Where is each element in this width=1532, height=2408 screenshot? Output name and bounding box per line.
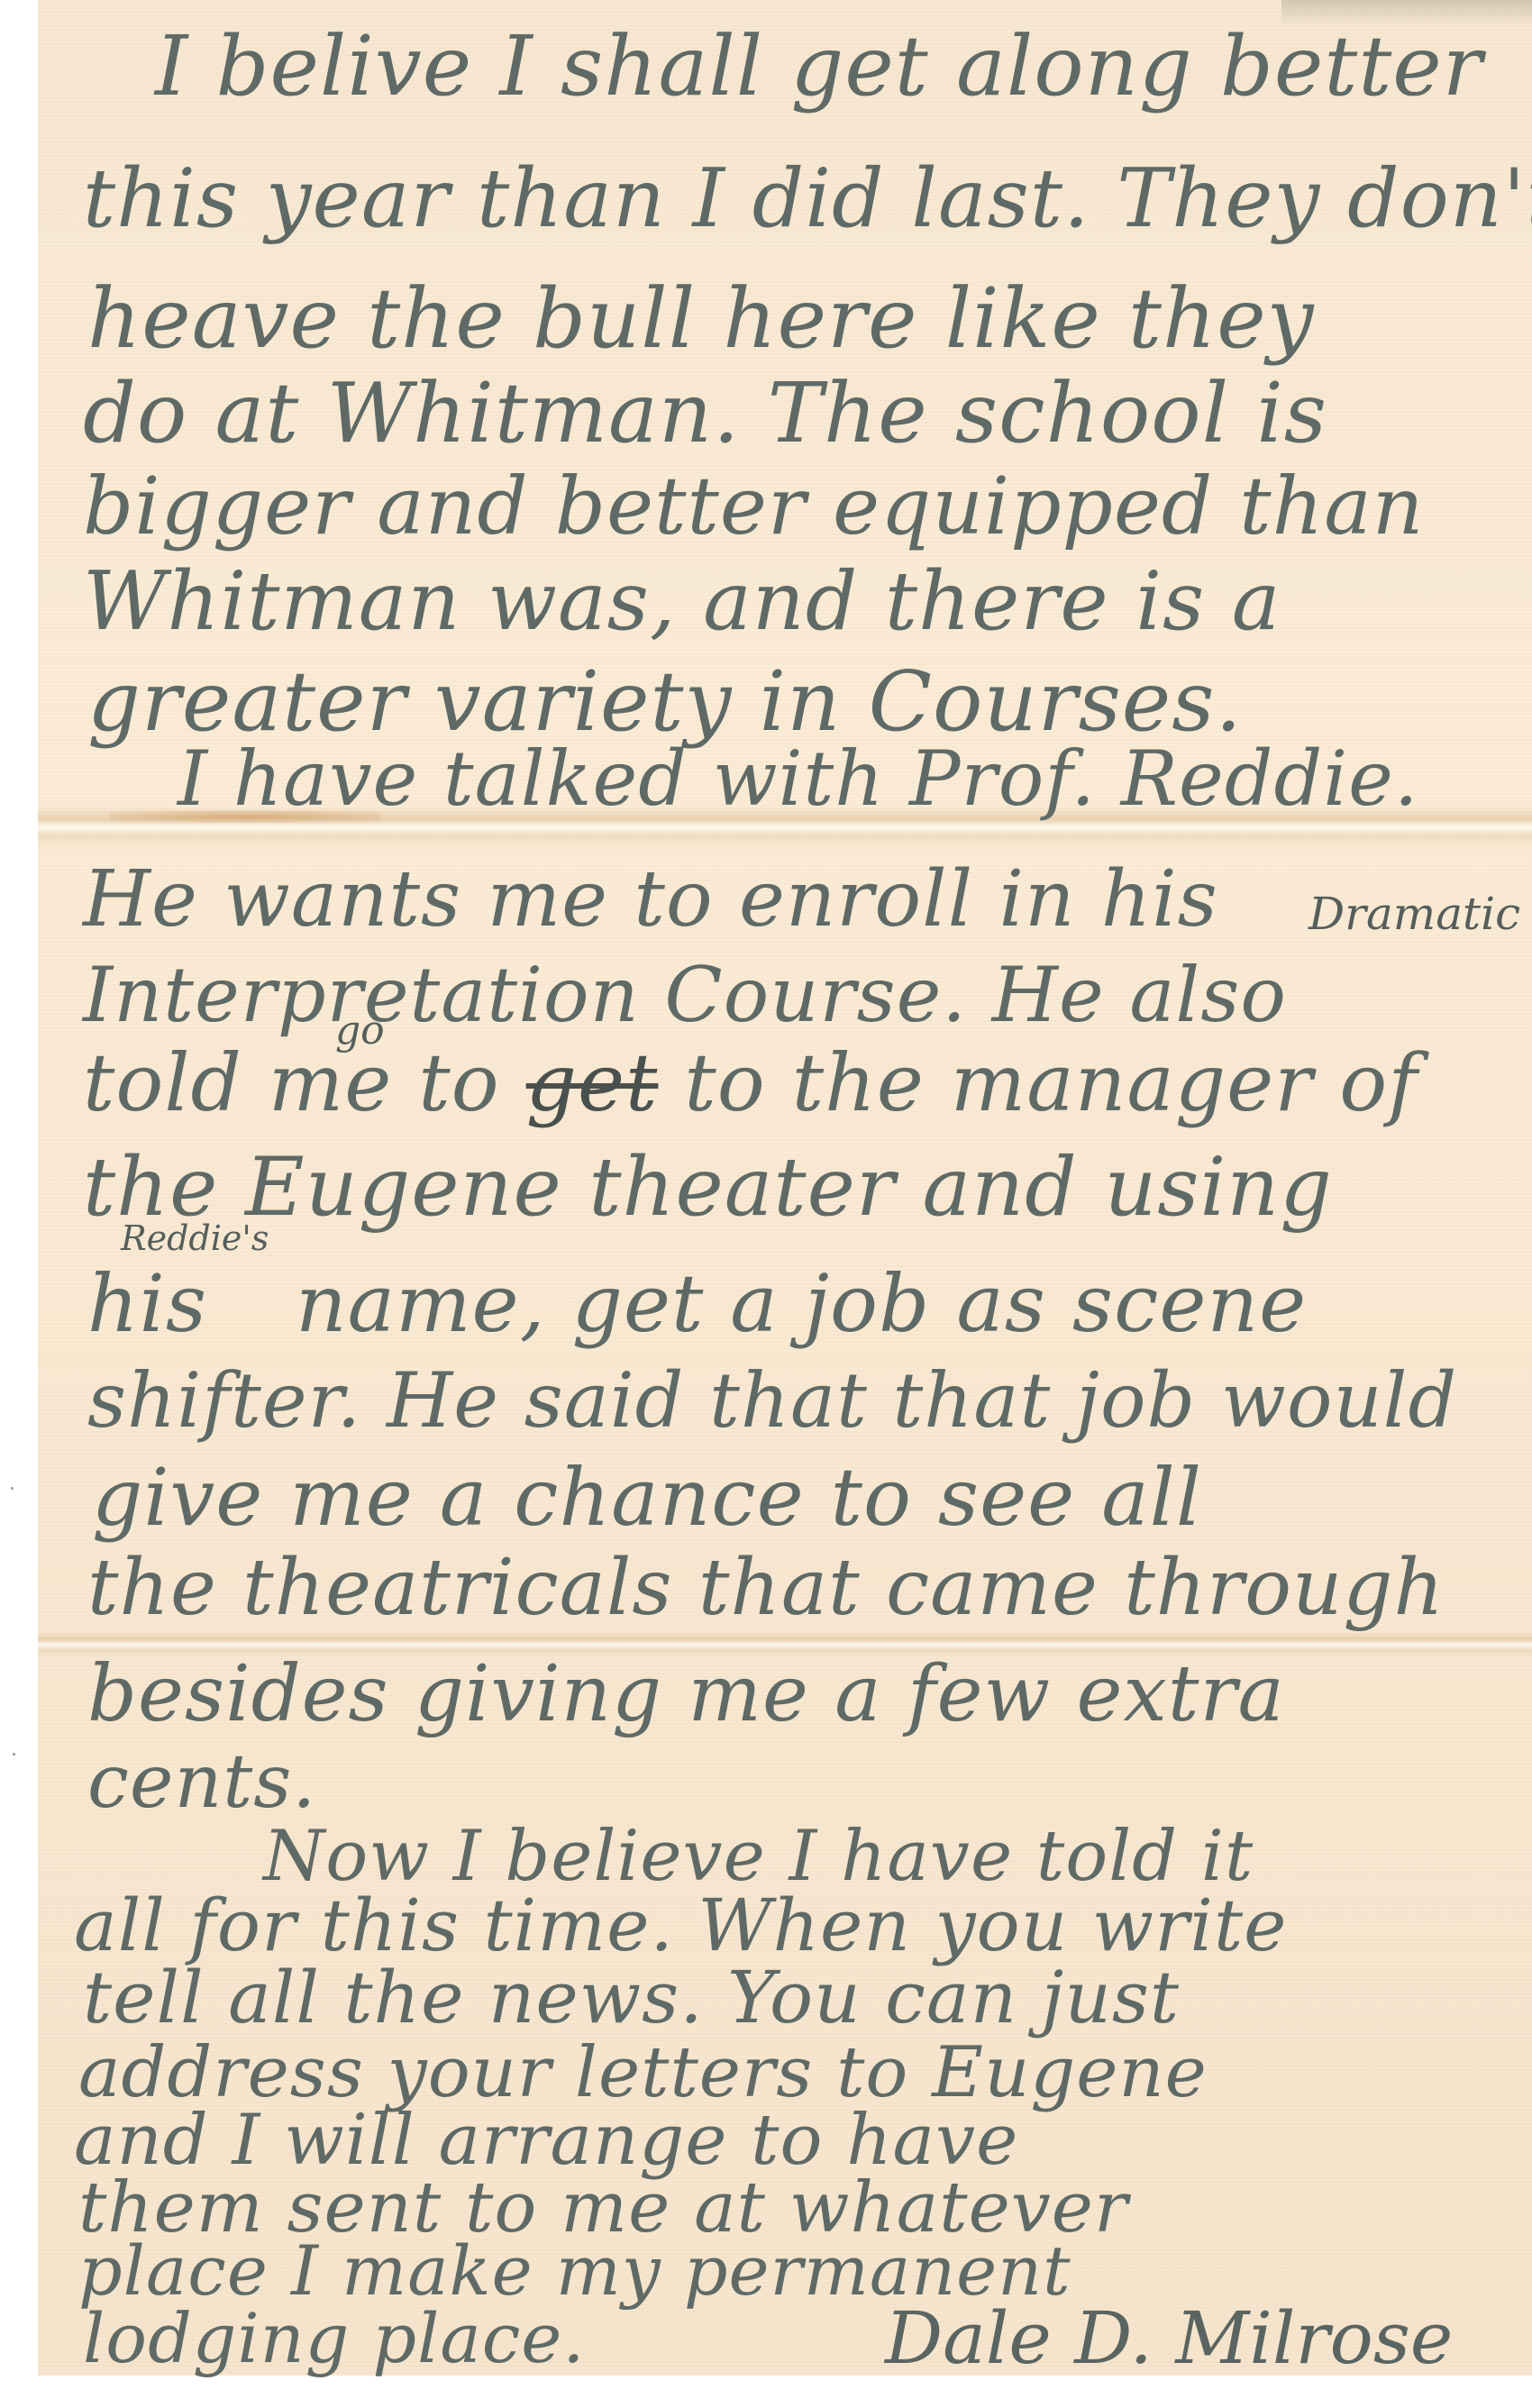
line-segment: name, get a job as scene [296,1257,1307,1350]
letter-line: He wants me to enroll in his [83,854,1218,944]
letter-line: lodging place. [83,2298,585,2378]
letter-line: Whitman was, and there is a [83,554,1281,649]
inserted-word-reddies: Reddie's [121,1218,269,1258]
letter-line: cents. [87,1739,316,1825]
inserted-word-dramatic: Dramatic [1309,888,1520,940]
line-segment: told me to [83,1036,500,1129]
letter-line-with-correction: told me to get to the manager of [83,1036,1418,1129]
letter-line: this year than I did last. They don't [83,151,1532,246]
signature: Dale D. Milrose [885,2296,1453,2380]
letter-line: the theatricals that came through [87,1543,1445,1633]
letter-line: I have talked with Prof. Reddie. [178,734,1419,823]
margin-mark [11,1487,14,1490]
margin-mark [13,1753,15,1756]
letter-line: do at Whitman. The school is [83,365,1327,461]
struck-word: get [526,1036,659,1129]
letter-line: heave the bull here like they [87,270,1315,367]
letter-line: besides giving me a few extra [87,1649,1285,1739]
letter-line-with-insert: his name, get a job as scene [87,1257,1307,1350]
letter-line: Interpretation Course. He also [83,951,1287,1039]
letter-line: shifter. He said that that job would [87,1356,1457,1445]
letter-line: bigger and better equipped than [83,460,1424,552]
letter-line: the Eugene theater and using [83,1140,1333,1235]
line-segment: his [87,1257,207,1350]
letter-line: tell all the news. You can just [83,1956,1180,2039]
line-segment: to the manager of [684,1036,1418,1129]
letter-line: I belive I shall get along better [155,18,1483,114]
letter-line: give me a chance to see all [92,1451,1202,1544]
